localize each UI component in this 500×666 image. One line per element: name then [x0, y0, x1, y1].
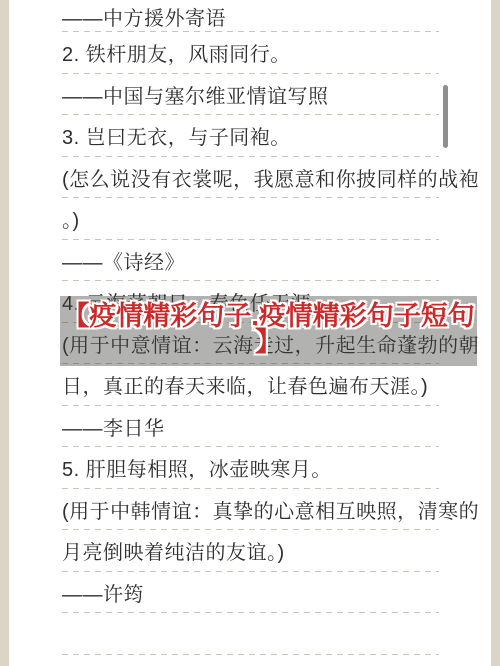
- quote-line: 。): [62, 198, 439, 240]
- watermark-title: 【疫情精彩句子,疫情精彩句子短句 】: [60, 300, 477, 359]
- quote-line: 5. 肝胆每相照，冰壶映寒月。: [62, 447, 439, 489]
- scrollbar-thumb[interactable]: [443, 85, 448, 148]
- page-left-margin: [0, 0, 9, 666]
- quote-line: 3. 岂曰无衣，与子同袍。: [62, 115, 439, 157]
- quote-line: ——许筠: [62, 572, 439, 614]
- quote-line: ——中国与塞尔维亚情谊写照: [62, 74, 439, 116]
- quote-line: (用于中韩情谊：真挚的心意相互映照，清寒的: [62, 489, 439, 531]
- page-right-margin: [491, 0, 500, 666]
- quote-line: ——中方援外寄语: [62, 0, 439, 32]
- quote-line: 2. 铁杆朋友，风雨同行。: [62, 32, 439, 74]
- quote-line: ——李日华: [62, 406, 439, 448]
- quote-line: 日，真正的春天来临，让春色遍布天涯。): [62, 364, 439, 406]
- quote-line: 月亮倒映着纯洁的友谊。): [62, 530, 439, 572]
- quote-line-empty: [62, 613, 439, 655]
- quote-line: ——《诗经》: [62, 240, 439, 282]
- quote-line: (怎么说没有衣裳呢，我愿意和你披同样的战袍: [62, 157, 439, 199]
